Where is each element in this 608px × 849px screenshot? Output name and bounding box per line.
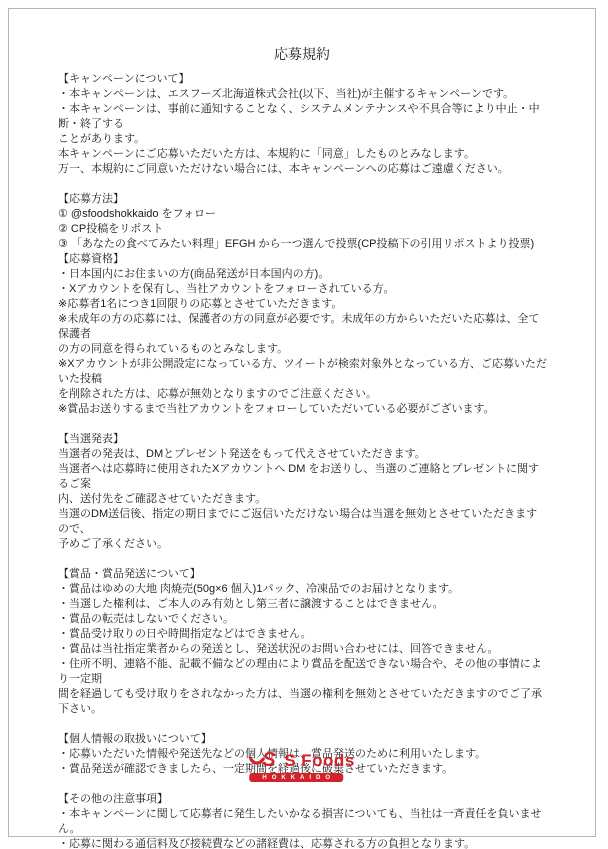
terms-body: 【キャンペーンについて】・本キャンペーンは、エスフーズ北海道株式会社(以下、当社… <box>58 72 547 849</box>
section-heading: 【応募資格】 <box>58 252 547 267</box>
section-body: ① @sfoodshokkaido をフォロー ② CP投稿をリポスト ③ 「あ… <box>58 207 547 252</box>
section: 【その他の注意事項】・本キャンペーンに関して応募者に発生したいかなる損害について… <box>58 792 547 849</box>
section-heading: 【賞品・賞品発送について】 <box>58 567 547 582</box>
section-body: ・本キャンペーンに関して応募者に発生したいかなる損害についても、当社は一斉責任を… <box>58 807 547 849</box>
terms-sections: 【キャンペーンについて】・本キャンペーンは、エスフーズ北海道株式会社(以下、当社… <box>58 72 547 849</box>
section-heading: 【その他の注意事項】 <box>58 792 547 807</box>
sfoods-s-swoosh-icon: S <box>249 747 281 771</box>
document-canvas: 応募規約 【キャンペーンについて】・本キャンペーンは、エスフーズ北海道株式会社(… <box>0 0 608 849</box>
section-body: ・賞品はゆめの大地 肉焼売(50g×6 個入)1パック、冷凍品でのお届けとなりま… <box>58 582 547 717</box>
section: 【応募方法】① @sfoodshokkaido をフォロー ② CP投稿をリポス… <box>58 192 547 252</box>
section: 【キャンペーンについて】・本キャンペーンは、エスフーズ北海道株式会社(以下、当社… <box>58 72 547 177</box>
section: 【当選発表】当選者の発表は、DMとプレゼント発送をもって代えさせていただきます。… <box>58 432 547 552</box>
terms-page: 応募規約 【キャンペーンについて】・本キャンペーンは、エスフーズ北海道株式会社(… <box>8 8 596 837</box>
sfoods-logo: S S Foods HOKKAIDO <box>249 747 355 782</box>
section: 【応募資格】・日本国内にお住まいの方(商品発送が日本国内の方)。 ・Xアカウント… <box>58 252 547 417</box>
section-body: 当選者の発表は、DMとプレゼント発送をもって代えさせていただきます。 当選者へは… <box>58 447 547 552</box>
section-body: ・本キャンペーンは、エスフーズ北海道株式会社(以下、当社)が主催するキャンペーン… <box>58 87 547 177</box>
section-body: ・日本国内にお住まいの方(商品発送が日本国内の方)。 ・Xアカウントを保有し、当… <box>58 267 547 417</box>
section-heading: 【当選発表】 <box>58 432 547 447</box>
page-title: 応募規約 <box>9 45 595 64</box>
s-letter: S <box>262 749 276 771</box>
sfoods-logo-row: S S Foods <box>249 747 355 771</box>
sfoods-brand-text: S Foods <box>284 751 355 771</box>
section: 【賞品・賞品発送について】・賞品はゆめの大地 肉焼売(50g×6 個入)1パック… <box>58 567 547 717</box>
section-heading: 【個人情報の取扱いについて】 <box>58 732 547 747</box>
section-heading: 【キャンペーンについて】 <box>58 72 547 87</box>
hokkaido-badge: HOKKAIDO <box>249 773 343 782</box>
section-heading: 【応募方法】 <box>58 192 547 207</box>
